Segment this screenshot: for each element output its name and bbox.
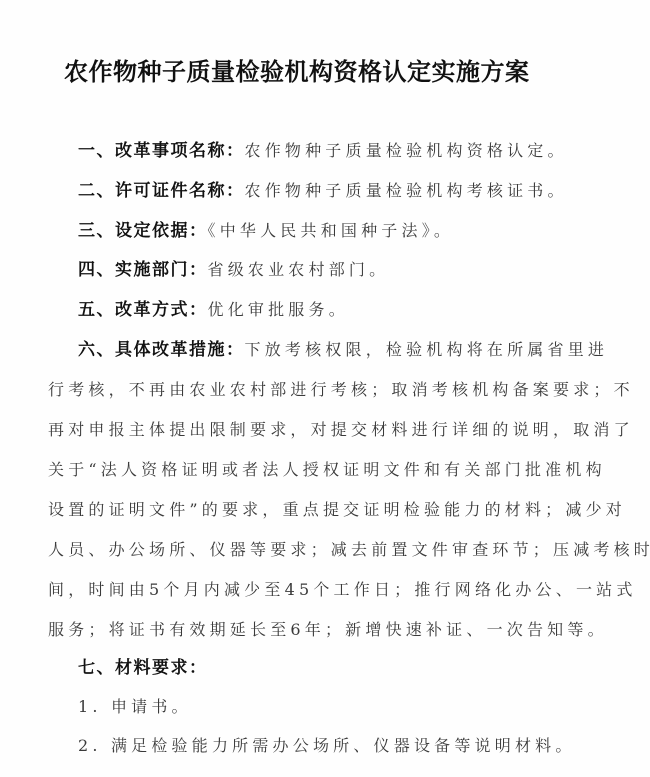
section-6-line-1: 下放考核权限，检验机构将在所属省里进 (245, 340, 609, 359)
section-6-label: 六、具体改革措施： (78, 340, 245, 360)
document-title: 农作物种子质量检验机构资格认定实施方案 (64, 56, 604, 88)
section-3-label: 三、设定依据： (78, 221, 208, 241)
section-7: 七、材料要求： (78, 657, 208, 679)
document-page: 农作物种子质量检验机构资格认定实施方案 一、改革事项名称：农作物种子质量检验机构… (0, 0, 650, 777)
section-4-text: 省级农业农村部门。 (208, 260, 390, 279)
section-6-line-8: 服务；将证书有效期延长至6年；新增快速补证、一次告知等。 (48, 619, 608, 641)
section-3-text: 《中华人民共和国种子法》。 (208, 221, 455, 240)
section-3: 三、设定依据：《中华人民共和国种子法》。 (78, 220, 454, 242)
section-4: 四、实施部门：省级农业农村部门。 (78, 259, 389, 281)
section-5-text: 优化审批服务。 (208, 300, 349, 319)
section-6-line-5: 设置的证明文件”的要求，重点提交证明检验能力的材料；减少对 (48, 499, 626, 521)
section-4-label: 四、实施部门： (78, 260, 208, 280)
section-6-line-2: 行考核，不再由农业农村部进行考核；取消考核机构备案要求；不 (48, 379, 634, 401)
section-6-line-7: 间，时间由5个月内减少至45个工作日；推行网络化办公、一站式 (48, 579, 637, 601)
section-5-label: 五、改革方式： (78, 300, 208, 320)
section-5: 五、改革方式：优化审批服务。 (78, 299, 349, 321)
section-1-label: 一、改革事项名称： (78, 141, 245, 161)
section-6-line-3: 再对申报主体提出限制要求，对提交材料进行详细的说明，取消了 (48, 419, 634, 441)
material-item-2: 2. 满足检验能力所需办公场所、仪器设备等说明材料。 (78, 735, 576, 757)
section-6-line-6: 人员、办公场所、仪器等要求；减去前置文件审查环节；压减考核时 (48, 539, 650, 561)
section-6-line-4: 关于“法人资格证明或者法人授权证明文件和有关部门批准机构 (48, 459, 606, 481)
section-1-text: 农作物种子质量检验机构资格认定。 (245, 141, 568, 160)
section-2-text: 农作物种子质量检验机构考核证书。 (245, 181, 568, 200)
section-7-label: 七、材料要求： (78, 658, 208, 678)
material-item-1: 1. 申请书。 (78, 696, 192, 718)
section-1: 一、改革事项名称：农作物种子质量检验机构资格认定。 (78, 140, 568, 162)
section-2: 二、许可证件名称：农作物种子质量检验机构考核证书。 (78, 180, 568, 202)
section-2-label: 二、许可证件名称： (78, 181, 245, 201)
section-6-first-line: 六、具体改革措施：下放考核权限，检验机构将在所属省里进 (78, 339, 608, 361)
